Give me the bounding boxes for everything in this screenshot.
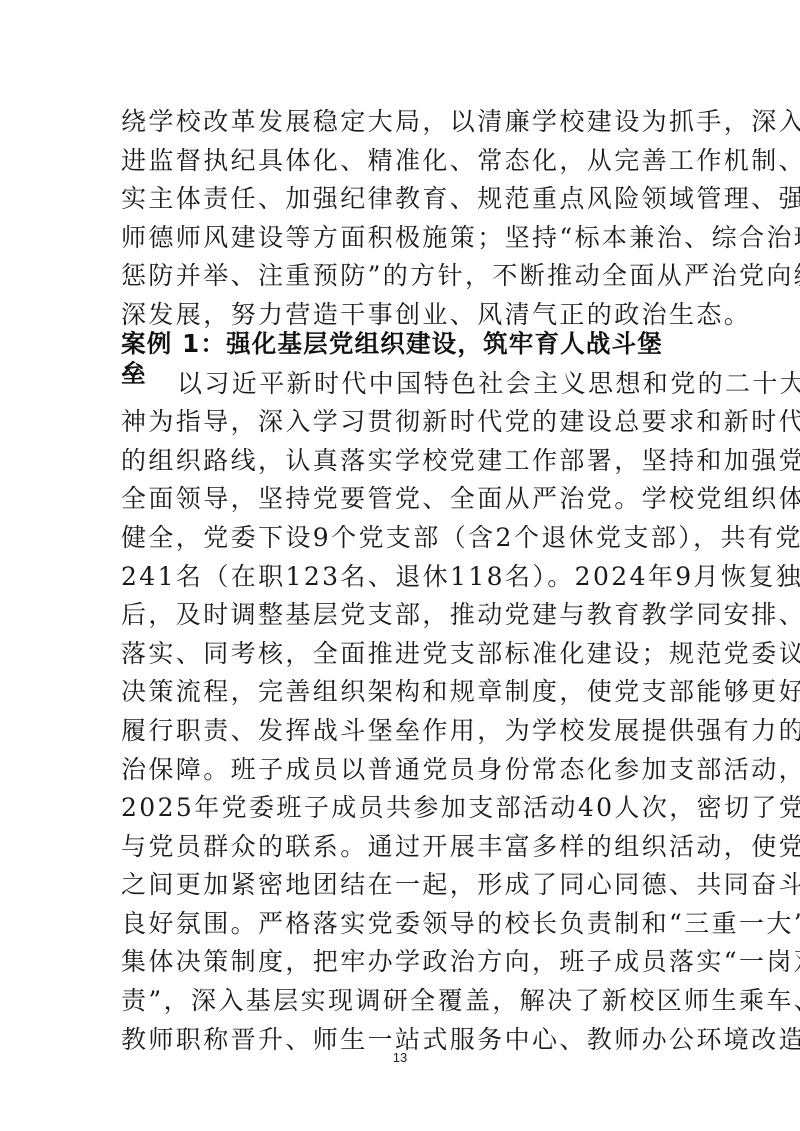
document-page: 绕学校改革发展稳定大局，以清廉学校建设为抓手，深入推 进监督执纪具体化、精准化、…: [0, 0, 800, 1131]
text-line: 241名（在职123名、退休118名）。2024年9月恢复独立办学: [121, 558, 687, 597]
text-line: 神为指导，深入学习贯彻新时代党的建设总要求和新时代党: [121, 403, 687, 442]
text-line: 与党员群众的联系。通过开展丰富多样的组织活动，使党员: [121, 828, 687, 867]
text-line: 进监督执纪具体化、精准化、常态化，从完善工作机制、压: [121, 142, 687, 181]
text-line: 2025年党委班子成员共参加支部活动40人次，密切了党组织: [121, 789, 687, 828]
page-number: 13: [0, 1050, 800, 1065]
text-line: 全面领导，坚持党要管党、全面从严治党。学校党组织体系: [121, 480, 687, 519]
text-line: 以习近平新时代中国特色社会主义思想和党的二十大精: [121, 365, 687, 404]
text-line: 履行职责、发挥战斗堡垒作用，为学校发展提供强有力的政: [121, 712, 687, 751]
text-line: 惩防并举、注重预防”的方针，不断推动全面从严治党向纵: [121, 257, 687, 296]
text-line: 治保障。班子成员以普通党员身份常态化参加支部活动，: [121, 751, 687, 790]
text-line: 集体决策制度，把牢办学政治方向，班子成员落实“一岗双: [121, 943, 687, 982]
text-line: 实主体责任、加强纪律教育、规范重点风险领域管理、强化: [121, 180, 687, 219]
text-line: 后，及时调整基层党支部，推动党建与教育教学同安排、同: [121, 596, 687, 635]
text-line: 之间更加紧密地团结在一起，形成了同心同德、共同奋斗的: [121, 866, 687, 905]
body-text: 绕学校改革发展稳定大局，以清廉学校建设为抓手，深入推 进监督执纪具体化、精准化、…: [121, 103, 687, 1059]
text-line: 绕学校改革发展稳定大局，以清廉学校建设为抓手，深入推: [121, 103, 687, 142]
text-line: 落实、同考核，全面推进党支部标准化建设；规范党委议事: [121, 635, 687, 674]
section-heading: 案例 1：强化基层党组织建设，筑牢育人战斗堡垒: [121, 329, 687, 359]
text-line: 决策流程，完善组织架构和规章制度，使党支部能够更好地: [121, 673, 687, 712]
text-line: 的组织路线，认真落实学校党建工作部署，坚持和加强党的: [121, 442, 687, 481]
text-line: 健全，党委下设9个党支部（含2个退休党支部），共有党员: [121, 519, 687, 558]
text-line: 责”，深入基层实现调研全覆盖，解决了新校区师生乘车、: [121, 982, 687, 1021]
text-line: 良好氛围。严格落实党委领导的校长负责制和“三重一大”: [121, 905, 687, 944]
text-line: 师德师风建设等方面积极施策；坚持“标本兼治、综合治理、: [121, 219, 687, 258]
